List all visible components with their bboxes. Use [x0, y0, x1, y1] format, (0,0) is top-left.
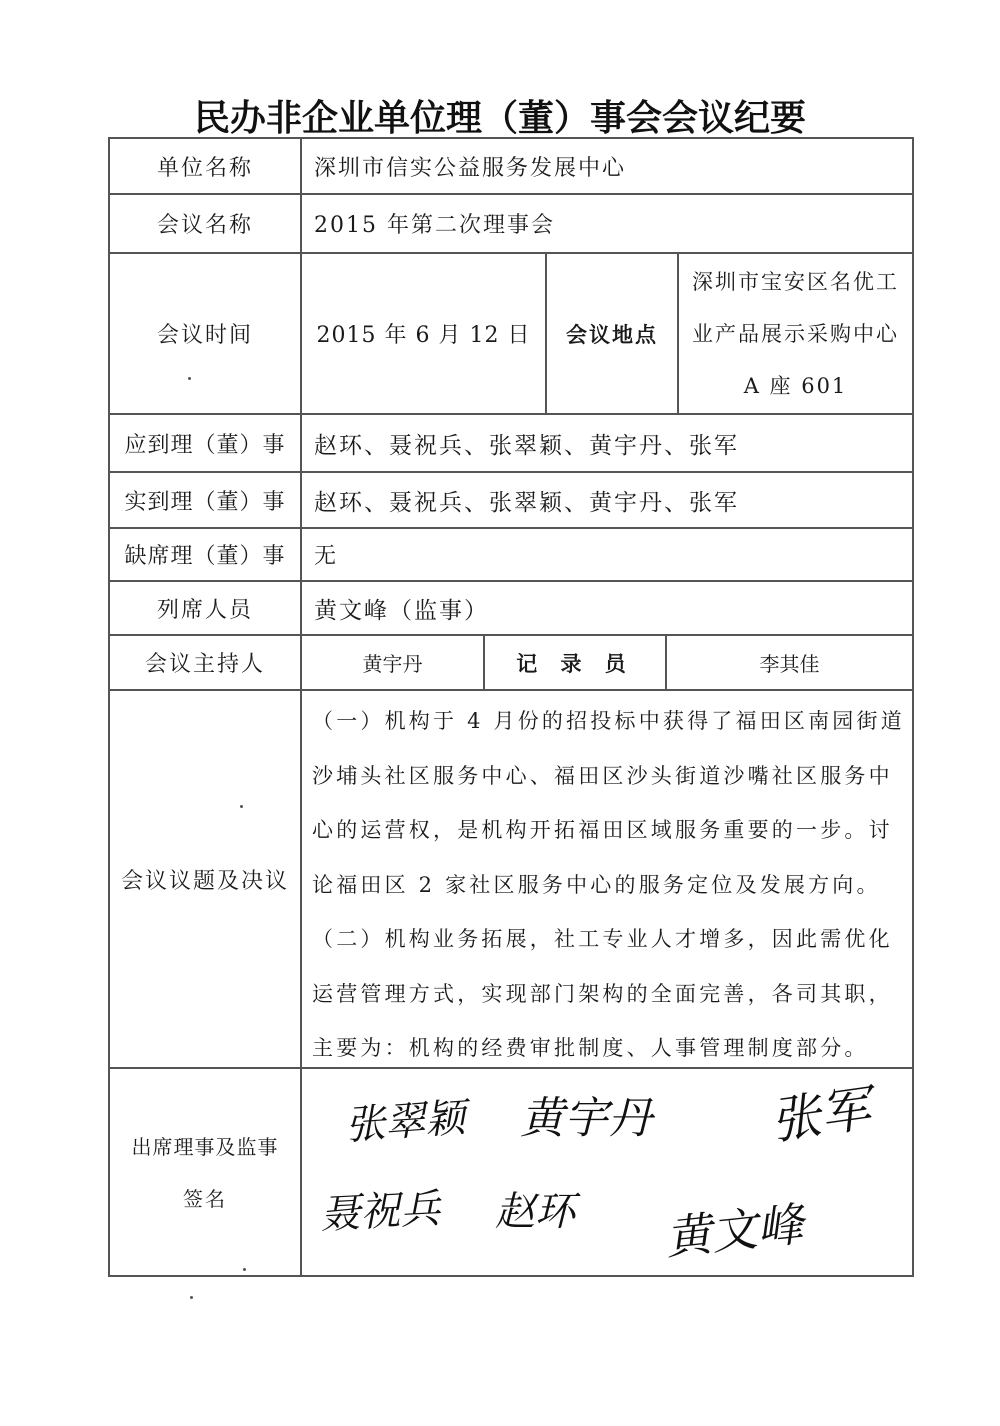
signatures-label-line1: 出席理事及监事: [110, 1120, 300, 1170]
meeting-place-line: 业产品展示采购中心: [692, 308, 899, 360]
signature: 张翠颖: [343, 1086, 467, 1151]
absent-directors-label: 缺席理（董）事: [110, 529, 300, 580]
meeting-place-label: 会议地点: [547, 254, 677, 413]
document-title: 民办非企业单位理（董）事会会议纪要: [0, 90, 1000, 141]
topics-label: 会议议题及决议: [110, 691, 300, 1067]
host-label: 会议主持人: [110, 636, 300, 689]
signature: 黄宇丹: [520, 1082, 652, 1146]
attendees-label: 列席人员: [110, 582, 300, 634]
present-directors-label: 实到理（董）事: [110, 473, 300, 527]
expected-directors-label: 应到理（董）事: [110, 415, 300, 471]
recorder-value: 李其佳: [667, 636, 912, 689]
scan-speck: [190, 1296, 193, 1299]
signature: 张军: [765, 1068, 874, 1153]
meeting-place-line: A 座 601: [744, 360, 848, 412]
scan-speck: [188, 377, 191, 380]
meeting-place-line: 深圳市宝安区名优工: [692, 256, 899, 308]
expected-directors-value: 赵环、聂祝兵、张翠颖、黄宇丹、张军: [302, 415, 912, 471]
meeting-time-value: 2015 年 6 月 12 日: [302, 254, 545, 413]
meeting-place-value: 深圳市宝安区名优工 业产品展示采购中心 A 座 601: [679, 254, 912, 413]
topic-paragraph: （二）机构业务拓展，社工专业人才增多，因此需优化运营管理方式，实现部门架构的全面…: [312, 912, 912, 1076]
signature: 聂祝兵: [319, 1177, 442, 1240]
scan-speck: [240, 805, 243, 808]
recorder-label: 记 录 员: [485, 636, 665, 689]
host-value: 黄宇丹: [302, 636, 483, 689]
meeting-name-label: 会议名称: [110, 195, 300, 252]
org-name-value: 深圳市信实公益服务发展中心: [302, 139, 912, 193]
attendees-value: 黄文峰（监事）: [302, 582, 912, 634]
absent-directors-value: 无: [302, 529, 912, 580]
topic-paragraph: （一）机构于 4 月份的招投标中获得了福田区南园街道沙埔头社区服务中心、福田区沙…: [312, 694, 912, 912]
meeting-time-label: 会议时间: [110, 254, 300, 413]
signature: 赵环: [495, 1180, 575, 1237]
signatures-label-line2: 签名: [110, 1172, 300, 1222]
topics-content: （一）机构于 4 月份的招投标中获得了福田区南园街道沙埔头社区服务中心、福田区沙…: [312, 694, 912, 1076]
present-directors-value: 赵环、聂祝兵、张翠颖、黄宇丹、张军: [302, 473, 912, 527]
meeting-name-value: 2015 年第二次理事会: [302, 195, 912, 252]
scan-speck: [243, 1268, 246, 1271]
org-name-label: 单位名称: [110, 139, 300, 193]
